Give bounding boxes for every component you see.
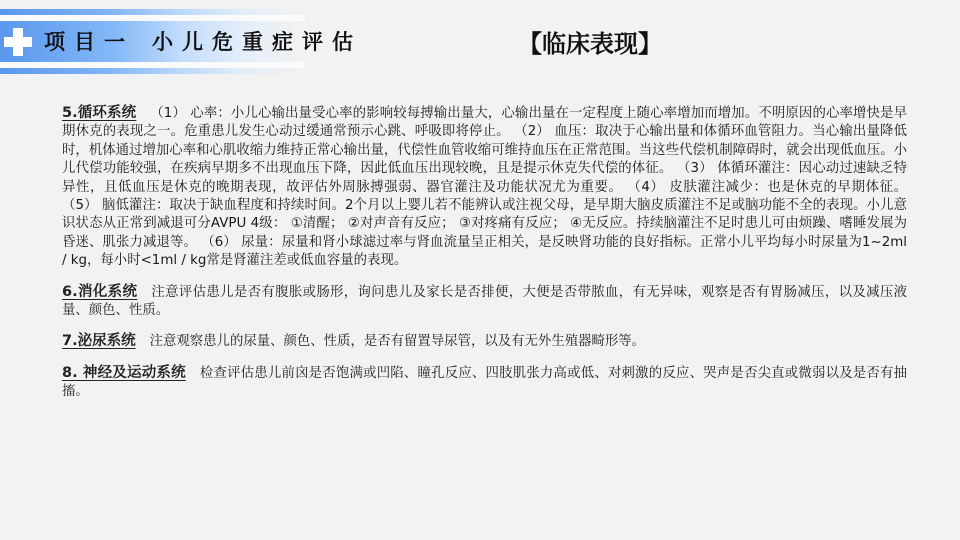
project-title: 项目一小儿危重症评估 (44, 26, 362, 56)
section-neuromotor: 8. 神经及运动系统检查评估患儿前囟是否饱满或凹陷、瞳孔反应、四肢肌张力高或低、… (62, 364, 907, 402)
section-text: 检查评估患儿前囟是否饱满或凹陷、瞳孔反应、四肢肌张力高或低、对刺激的反应、哭声是… (62, 366, 907, 399)
section-title: 【临床表现】 (518, 24, 662, 59)
content-body: 5.循环系统（1） 心率：小儿心输出量受心率的影响较每搏输出量大，心输出量在一定… (62, 104, 907, 414)
section-text: （1） 心率：小儿心输出量受心率的影响较每搏输出量大，心输出量在一定程度上随心率… (62, 106, 907, 268)
section-text: 注意评估患儿是否有腹胀或肠形，询问患儿及家长是否排便，大便是否带脓血，有无异味，… (62, 285, 907, 318)
project-name: 小儿危重症评估 (152, 29, 362, 54)
project-label: 项目一 (44, 29, 134, 54)
section-heading: 5.循环系统 (62, 105, 136, 121)
section-text: 注意观察患儿的尿量、颜色、性质，是否有留置导尿管，以及有无外生殖器畸形等。 (150, 334, 645, 349)
section-circulatory: 5.循环系统（1） 心率：小儿心输出量受心率的影响较每搏输出量大，心输出量在一定… (62, 104, 907, 271)
section-urinary: 7.泌尿系统注意观察患儿的尿量、颜色、性质，是否有留置导尿管，以及有无外生殖器畸… (62, 332, 907, 351)
section-digestive: 6.消化系统注意评估患儿是否有腹胀或肠形，询问患儿及家长是否排便，大便是否带脓血… (62, 283, 907, 321)
section-heading: 6.消化系统 (62, 284, 137, 300)
section-heading: 7.泌尿系统 (62, 333, 136, 349)
section-heading: 8. 神经及运动系统 (62, 365, 186, 381)
medical-cross-icon (4, 28, 32, 56)
header-bottom-stripe (0, 68, 305, 74)
